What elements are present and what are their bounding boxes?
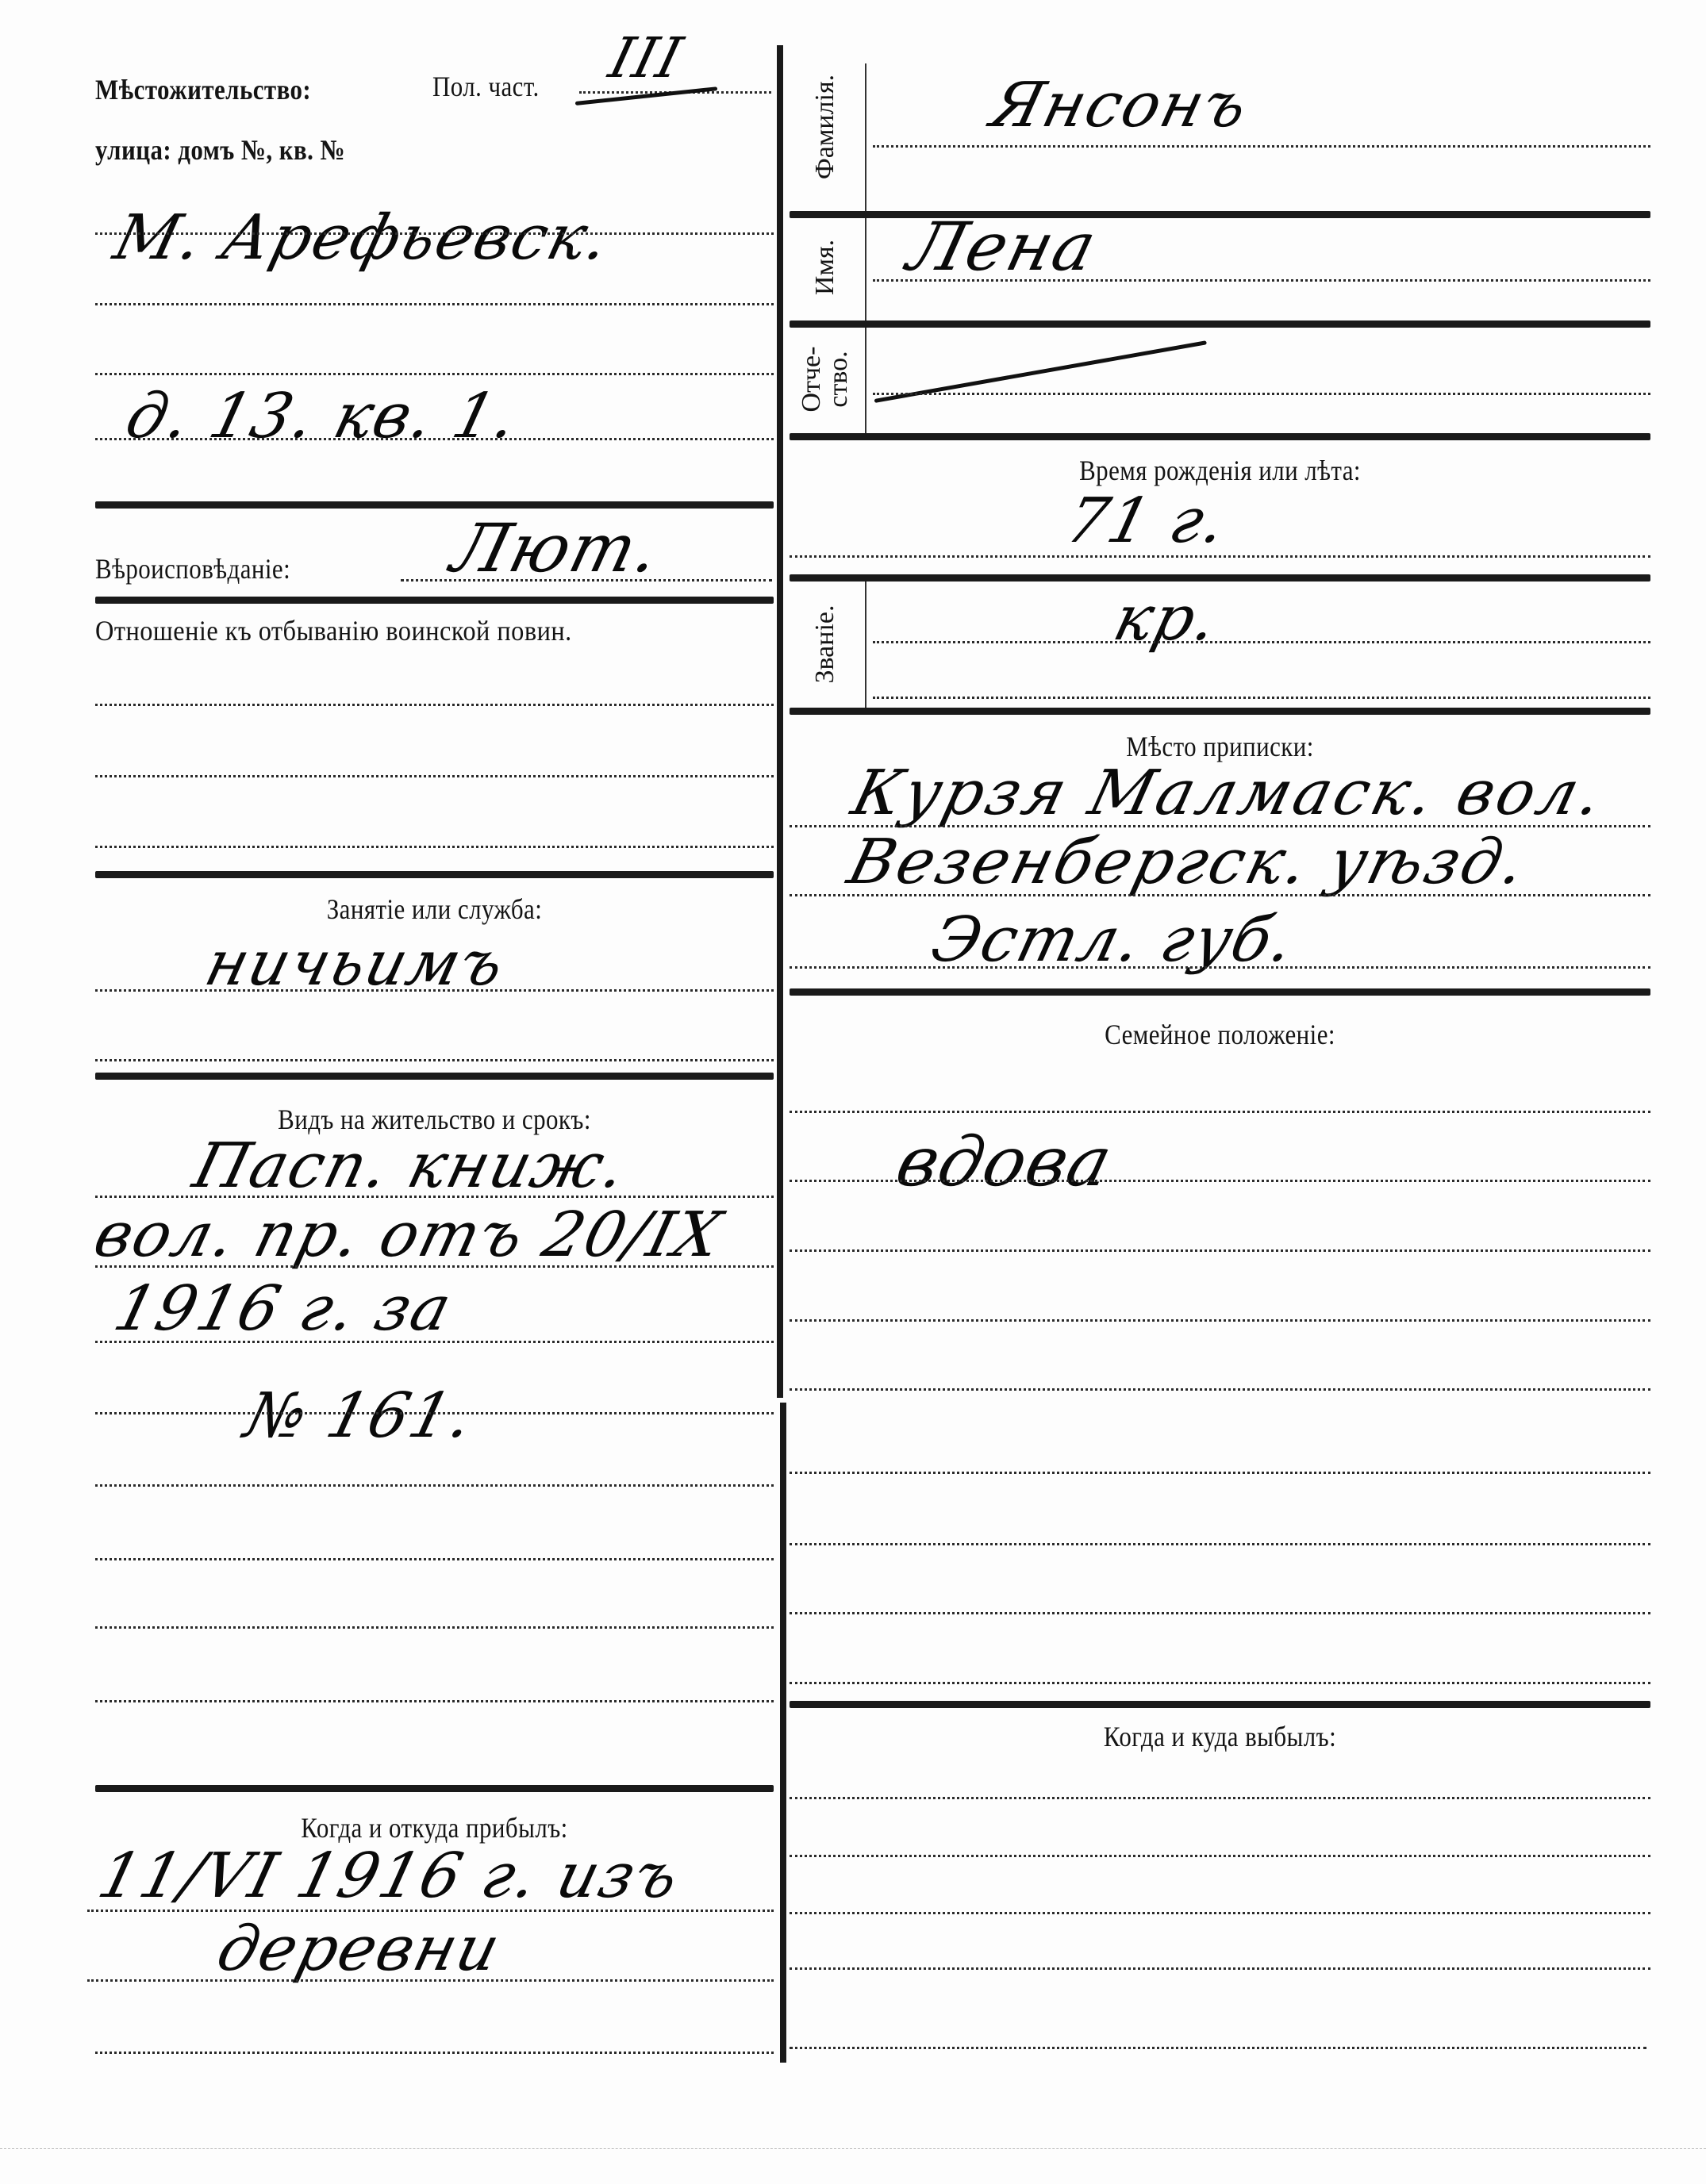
address-registration-card: Мѣстожительство: Пол. част. III улица: д…	[0, 0, 1706, 2184]
surname-value: Янсонъ	[984, 70, 1256, 141]
patronymic-label: Отче- ство.	[798, 347, 852, 413]
street-line-3[interactable]	[95, 373, 774, 375]
section-divider	[95, 1073, 774, 1080]
registration-line-2: Везенбергск. уѣзд.	[841, 827, 1535, 898]
street-line-4[interactable]	[95, 438, 774, 440]
street-value: М. Арефьевск.	[107, 202, 617, 274]
section-divider	[790, 1701, 1650, 1708]
arrived-line-2: деревни	[210, 1913, 508, 1985]
family-status-label: Семейное положеніе:	[850, 1018, 1590, 1051]
family-field-2[interactable]	[790, 1180, 1650, 1182]
family-field-4[interactable]	[790, 1319, 1650, 1322]
patronymic-field[interactable]	[873, 393, 1650, 395]
permit-line-8[interactable]	[95, 1700, 774, 1702]
section-divider	[790, 433, 1650, 440]
family-field-5[interactable]	[790, 1388, 1650, 1391]
permit-line-1[interactable]	[95, 1196, 774, 1198]
occupation-line-1[interactable]	[95, 989, 774, 992]
section-divider	[95, 871, 774, 878]
occupation-label: Занятіе или служба:	[143, 892, 726, 926]
permit-line-7[interactable]	[95, 1626, 774, 1629]
permit-line-6[interactable]	[95, 1558, 774, 1560]
center-divider-upper	[777, 45, 783, 1398]
permit-line-4[interactable]	[95, 1412, 774, 1414]
military-line-3[interactable]	[95, 846, 774, 848]
permit-line-5[interactable]	[95, 1484, 774, 1487]
rank-field-1[interactable]	[873, 641, 1650, 643]
section-divider	[95, 597, 774, 604]
section-divider	[790, 574, 1650, 582]
family-field-7[interactable]	[790, 1472, 1650, 1474]
section-divider	[95, 501, 774, 509]
label-column-divider	[865, 582, 866, 710]
police-part-label: Пол. част.	[432, 70, 540, 103]
family-field-9[interactable]	[790, 1612, 1650, 1614]
arrived-line-field-1[interactable]	[87, 1910, 774, 1912]
street-label: улица: домъ №, кв. №	[95, 133, 345, 167]
section-divider	[790, 988, 1650, 996]
family-field-1[interactable]	[790, 1111, 1650, 1113]
family-field-3[interactable]	[790, 1249, 1650, 1252]
street-line-2[interactable]	[95, 303, 774, 305]
residence-permit-line-2: вол. пр. отъ 20/IX	[87, 1199, 729, 1271]
surname-label: Фамилія.	[812, 75, 839, 179]
residence-label: Мѣстожительство:	[95, 73, 311, 106]
departed-field-2[interactable]	[790, 1855, 1650, 1857]
military-line-2[interactable]	[95, 775, 774, 777]
birth-value: 71 г.	[1059, 486, 1235, 557]
registration-line-3: Эстл. губ.	[924, 904, 1302, 976]
occupation-line-2[interactable]	[95, 1059, 774, 1061]
patronymic-label-line-2: ство.	[824, 351, 853, 407]
birth-label: Время рожденія или лѣта:	[850, 454, 1590, 487]
house-value: д. 13. кв. 1.	[119, 381, 525, 452]
arrived-line-field-2[interactable]	[87, 1979, 774, 1982]
center-divider-lower	[780, 1403, 786, 2063]
registration-line-1: Курзя Малмаск. вол.	[845, 758, 1612, 829]
first-name-label: Имя.	[812, 240, 839, 295]
family-field-10[interactable]	[790, 1682, 1650, 1684]
residence-permit-line-3: 1916 г. за	[107, 1273, 459, 1345]
rank-label: Званіе.	[812, 605, 839, 684]
section-divider	[790, 320, 1650, 328]
police-part-value: III	[603, 25, 690, 90]
religion-value: Лют.	[444, 509, 669, 587]
departed-field-5[interactable]	[790, 2047, 1646, 2049]
permit-line-3[interactable]	[95, 1341, 774, 1343]
section-divider	[790, 708, 1650, 715]
page-bottom-edge	[0, 2148, 1706, 2149]
residence-permit-line-1: Пасп. книж.	[186, 1130, 634, 1202]
registration-field-2[interactable]	[790, 894, 1650, 896]
street-line-1[interactable]	[95, 232, 774, 235]
residence-permit-line-4: № 161.	[238, 1380, 482, 1452]
first-name-field[interactable]	[873, 279, 1650, 282]
first-name-value: Лена	[901, 208, 1105, 286]
family-field-8[interactable]	[790, 1543, 1650, 1545]
rank-field-2[interactable]	[873, 697, 1650, 699]
departed-field-3[interactable]	[790, 1912, 1650, 1914]
departed-field-1[interactable]	[790, 1797, 1650, 1799]
arrived-line-field-3[interactable]	[95, 2052, 774, 2054]
religion-label: Вѣроисповѣданіе:	[95, 552, 290, 585]
military-line-1[interactable]	[95, 704, 774, 706]
departed-field-4[interactable]	[790, 1967, 1650, 1970]
military-duty-label: Отношеніе къ отбыванію воинской повин.	[95, 614, 572, 647]
surname-field[interactable]	[873, 145, 1650, 148]
label-column-divider	[865, 63, 866, 436]
departed-label: Когда и куда выбылъ:	[850, 1720, 1590, 1753]
birth-field[interactable]	[790, 555, 1650, 558]
registration-field-3[interactable]	[790, 966, 1650, 969]
permit-line-2[interactable]	[95, 1265, 774, 1268]
arrived-label: Когда и откуда прибылъ:	[143, 1811, 726, 1844]
patronymic-label-line-1: Отче-	[797, 347, 826, 413]
family-status-value: вдова	[889, 1123, 1121, 1202]
arrived-line-1: 11/VI 1916 г. изъ	[91, 1840, 687, 1912]
section-divider	[95, 1785, 774, 1792]
rank-value: кр.	[1107, 583, 1226, 654]
